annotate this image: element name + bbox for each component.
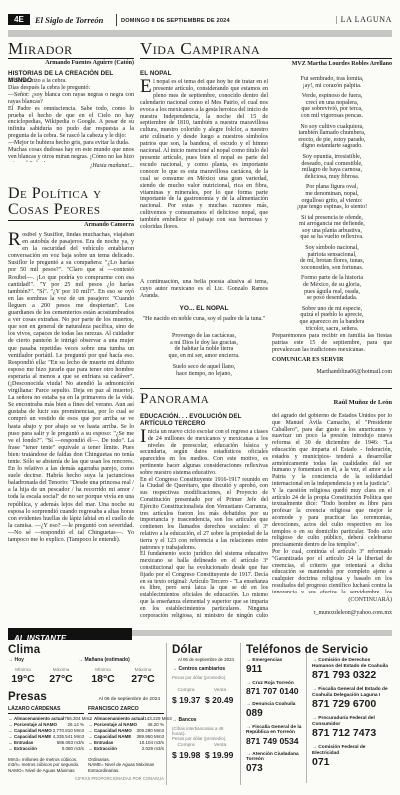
politica-body: Rosibel y Susiflor, lindas muchachas, vi… xyxy=(8,232,134,620)
clima-today-label: →Hoy xyxy=(8,658,24,664)
panorama-rule xyxy=(140,388,392,389)
dam-row-label: Entradas xyxy=(94,740,113,745)
buy-label: Compra xyxy=(172,743,200,748)
dam-row-value: 0.080 m3/s xyxy=(62,746,84,752)
dolar-date: Al 06 de septiembre de 2024 xyxy=(172,657,234,662)
panorama-subtitle: EDUCACIÓN. . . EVOLUCIÓN DEL ARTÍCULO TE… xyxy=(140,413,268,427)
today-min-value: 19°C xyxy=(6,673,40,685)
phone-label-text: Atención Ciudadana Torreón xyxy=(246,752,299,763)
politica-title-line2: Cosas Peores xyxy=(8,201,101,218)
arrow-icon: → xyxy=(246,725,251,730)
phone-label-text: Procuraduría Federal del Consumidor xyxy=(312,716,375,727)
mirador-body: El Señor hizo a la cebra. Días después l… xyxy=(8,78,134,162)
telefonos-title: Teléfonos de Servicio xyxy=(246,644,392,656)
arrow-icon: → xyxy=(172,666,177,672)
temp-tomorrow-min: Mínima 18°C xyxy=(86,668,120,685)
dolar-title: Dólar xyxy=(172,644,202,656)
dolar-group2-buy: $ 19.98 xyxy=(172,750,200,760)
campirana-poem-intro: A continuación, una bella poesía alusiva… xyxy=(140,279,268,301)
divider xyxy=(306,648,307,783)
tomorrow-label: Mañana (estimado) xyxy=(85,657,130,663)
presas-notes-right: Ordinarias. NAME= Nivel de Aguas Máximas… xyxy=(88,757,164,773)
dolar-group2-sell: $ 19.99 xyxy=(205,750,233,760)
poem-epigraph: "He nacido en noble cuna, soy el padre d… xyxy=(140,316,268,323)
phone-label-text: Fiscalía General del Estado de Coahuila … xyxy=(312,687,388,698)
campirana-subtitle: EL NOPAL xyxy=(140,70,268,77)
poem-stanza: Verde, espinoso de fuera, crecí en una n… xyxy=(272,93,392,119)
phone-label: →Fiscalía General del Estado de Coahuila… xyxy=(312,687,392,698)
dam-row: →Extracción2.029 m3/s xyxy=(88,746,164,752)
poem-stanza: Provengo de las cactáceas, a mí Dios le … xyxy=(140,333,268,359)
masthead-gray-bar xyxy=(8,30,392,37)
arrow-icon: → xyxy=(8,722,13,727)
dolar-group1-name: →Centros cambiarios xyxy=(172,667,234,673)
telefonos-right-column: →Comisión de Derechos Humanos del Estado… xyxy=(312,658,392,774)
arrow-icon: → xyxy=(88,740,93,745)
dolar-group1-sell: $ 20.49 xyxy=(205,695,233,705)
politica-title-line1: De Política y xyxy=(8,185,102,202)
panorama-title: Panorama xyxy=(140,392,209,407)
phone-number: 089 xyxy=(246,708,302,719)
edition-date: DOMINGO 8 DE SEPTIEMBRE DE 2024 xyxy=(121,18,230,24)
campirana-motto: COMUNICAR ES SERVIR xyxy=(272,357,392,363)
temp-tomorrow-max: Máxima 27°C xyxy=(126,668,160,685)
dolar-group1-buy: $ 19.37 xyxy=(172,695,200,705)
arrow-icon: → xyxy=(172,717,177,723)
dam-row-label: Capacidad NAMO xyxy=(94,728,132,733)
temp-today-max: Máxima 27°C xyxy=(44,668,78,685)
poem-stanza: Suelo seco de aquel llano, hace tiempo, … xyxy=(140,364,268,377)
phone-number: 073 xyxy=(246,763,302,774)
clima-tomorrow-label: →Mañana (estimado) xyxy=(78,658,130,664)
panorama-col2: del agrado del gobierno de Estados Unido… xyxy=(272,413,392,593)
dam-row-label: Extracción xyxy=(94,746,117,751)
panorama-col1: Inicia un nuevo ciclo escolar con el reg… xyxy=(140,429,268,619)
al-instante-bar: AL INSTANTE xyxy=(8,628,132,640)
sell-label: Venta xyxy=(205,688,235,693)
arrow-icon: → xyxy=(8,734,13,739)
poem-stanza: Sobre uno de mi especie, quizá el pueblo… xyxy=(272,306,392,332)
campirana-rule xyxy=(140,58,392,59)
today-max-value: 27°C xyxy=(44,673,78,685)
poem-stanza: Soy opuntia, irresistible, deseado, cual… xyxy=(272,154,392,180)
politica-title: De Política y Cosas Peores xyxy=(8,186,102,218)
dam-row-label: Almacenamiento actual xyxy=(94,716,144,721)
arrow-icon: → xyxy=(312,745,317,750)
dam-row-value: 2.029 m3/s xyxy=(142,746,164,752)
campirana-email: Marthamblina06@hotmail.com xyxy=(272,369,392,375)
clima-title: Clima xyxy=(8,644,40,656)
poem-stanza: No soy cultivo cualquiera, también llama… xyxy=(272,124,392,150)
arrow-icon: → xyxy=(246,752,251,757)
phone-number: 871 707 0140 xyxy=(246,686,302,696)
poem-stanza: Formo parte de la historia de México, de… xyxy=(272,275,392,301)
phone-entry: →Atención Ciudadana Torreón 073 xyxy=(246,752,302,774)
dolar-group1-note: Pesos por dólar (promedio). xyxy=(172,675,234,680)
phone-label-text: Fiscalía General de la República en Torr… xyxy=(246,725,301,736)
arrow-icon: → xyxy=(8,746,13,751)
arrow-icon: → xyxy=(8,716,13,721)
today-label: Hoy xyxy=(15,657,24,663)
campirana-title: Vida Campirana xyxy=(140,40,260,57)
phone-label-text: Comisión de Derechos Humanos del Estado … xyxy=(312,658,388,669)
dam-row-label: Porcentaje al NAMO xyxy=(94,722,137,727)
arrow-icon: → xyxy=(312,716,317,721)
dam-table-francisco-zarco: FRANCISCO ZARCO →Almacenamiento actual14… xyxy=(88,706,164,753)
mirador-closing: ¡Hasta mañana!... xyxy=(8,163,134,169)
arrow-icon: → xyxy=(8,728,13,733)
arrow-icon: → xyxy=(246,681,251,686)
politica-rule xyxy=(8,220,134,221)
phone-label: →Comisión de Derechos Humanos del Estado… xyxy=(312,658,392,669)
page-number-badge: 4E xyxy=(8,14,30,25)
presas-title: Presas xyxy=(8,691,47,703)
arrow-icon: → xyxy=(8,657,13,663)
dam-row-label: Extracción xyxy=(14,746,37,751)
poem-column: Fui sembrado, tras lomita, ¡ay!, mi cora… xyxy=(272,76,392,332)
phone-label: →Fiscalía General de la República en Tor… xyxy=(246,725,302,736)
dam-row: →Extracción0.080 m3/s xyxy=(8,746,84,752)
dam-table-lazaro-cardenas: LÁZARO CÁRDENAS →Almacenamiento actual75… xyxy=(8,706,84,753)
telefonos-left-column: →Emergencias 911 →Cruz Roja Torreón 871 … xyxy=(246,658,302,780)
phone-entry: →Emergencias 911 xyxy=(246,658,302,675)
phone-label-text: Emergencias xyxy=(252,658,282,663)
phone-number: 911 xyxy=(246,664,302,675)
page-number: 4E xyxy=(14,15,24,24)
dam-name: LÁZARO CÁRDENAS xyxy=(8,706,84,714)
newspaper-page: 4E El Siglo de Torreón DOMINGO 8 DE SEPT… xyxy=(0,0,400,795)
poem-stanza: Si tal presencia te ofende, mi arroganci… xyxy=(272,215,392,241)
arrow-icon: → xyxy=(88,746,93,751)
presas-date: Al 06 de septiembre de 2024 xyxy=(60,697,160,702)
arrow-icon: → xyxy=(8,740,13,745)
campirana-body: El nopal es el tema del que hoy he de tr… xyxy=(140,79,268,275)
phone-entry: →Fiscalía General de la República en Tor… xyxy=(246,725,302,746)
arrow-icon: → xyxy=(78,657,83,663)
panorama-email: r_munozdeleon@yahoo.com.mx xyxy=(272,610,392,616)
phone-entry: →Comisión de Derechos Humanos del Estado… xyxy=(312,658,392,681)
panorama-byline: Raúl Muñoz de León xyxy=(272,399,392,406)
presas-source: CIFRAS PROPORCIONADAS POR CONAGUA xyxy=(8,776,164,781)
divider xyxy=(166,643,167,785)
dolar-group2-note: (Cifras interbancarias a 48 horas). Peso… xyxy=(172,726,234,742)
phone-number: 071 xyxy=(312,756,392,768)
tomorrow-min-value: 18°C xyxy=(86,673,120,685)
dolar-group2-name: →Bancos xyxy=(172,718,234,724)
newspaper-logo: El Siglo de Torreón xyxy=(35,15,103,25)
dam-row-label: Porcentaje al NAMO xyxy=(14,722,57,727)
arrow-icon: → xyxy=(246,702,251,707)
exchange-group-label: Centros cambiarios xyxy=(179,666,226,672)
phone-label-text: Cruz Roja Torreón xyxy=(252,681,294,686)
phone-number: 871 712 7473 xyxy=(312,727,392,739)
dam-row-label: Entradas xyxy=(14,740,33,745)
politica-byline: Armando Camorra xyxy=(8,222,134,228)
dam-row-label: Almacenamiento actual xyxy=(14,716,64,721)
presas-notes-left: Mm3= millones de metros cúbicos. m3/s= m… xyxy=(8,757,84,773)
campirana-byline: MVZ Martha Lourdes Robles Arellano xyxy=(272,61,392,67)
arrow-icon: → xyxy=(88,722,93,727)
sell-label: Venta xyxy=(205,743,235,748)
poem-stanza: Fui sembrado, tras lomita, ¡ay!, mi cora… xyxy=(272,76,392,89)
arrow-icon: → xyxy=(246,658,251,663)
campirana-closing: Preparémonos para recibir en familia las… xyxy=(272,333,392,354)
dam-row-label: Capacidad NAMO xyxy=(14,728,52,733)
phone-entry: →Procuraduría Federal del Consumidor 871… xyxy=(312,716,392,739)
phone-entry: →Fiscalía General del Estado de Coahuila… xyxy=(312,687,392,710)
arrow-icon: → xyxy=(88,734,93,739)
phone-number: 871 793 0322 xyxy=(312,669,392,681)
dam-row-label: Capacidad NAME xyxy=(14,734,51,739)
temp-today-min: Mínima 19°C xyxy=(6,668,40,685)
phone-label-text: Comisión Federal de Electricidad xyxy=(312,745,365,756)
phone-label: →Atención Ciudadana Torreón xyxy=(246,752,302,763)
buy-label: Compra xyxy=(172,688,200,693)
poem-stanza: Soy símbolo nacional, patriota sensacion… xyxy=(272,245,392,271)
phone-label-text: Denuncia Coahuila xyxy=(252,702,295,707)
mirador-byline: Armando Fuentes Aguirre (Catón) xyxy=(8,60,134,66)
arrow-icon: → xyxy=(312,658,317,663)
arrow-icon: → xyxy=(312,687,317,692)
phone-number: 871 729 6700 xyxy=(312,698,392,710)
phone-number: 871 749 0534 xyxy=(246,736,302,746)
dam-name: FRANCISCO ZARCO xyxy=(88,706,164,714)
exchange-group-label: Bancos xyxy=(179,717,197,723)
mirador-title: Mirador xyxy=(8,40,73,57)
phone-entry: →Cruz Roja Torreón 871 707 0140 xyxy=(246,681,302,697)
tomorrow-max-value: 27°C xyxy=(126,673,160,685)
arrow-icon: → xyxy=(88,716,93,721)
poem-stanza: Por plana figura oval, me denominan, nop… xyxy=(272,184,392,210)
phone-entry: →Comisión Federal de Electricidad 071 xyxy=(312,745,392,768)
masthead-divider xyxy=(116,14,117,26)
arrow-icon: → xyxy=(88,728,93,733)
section-name: | LA LAGUNA xyxy=(336,15,392,24)
poem-title: YO... EL NOPAL xyxy=(140,305,268,312)
phone-label: →Denuncia Coahuila xyxy=(246,702,302,708)
phone-label: →Comisión Federal de Electricidad xyxy=(312,745,392,756)
phone-label: →Procuraduría Federal del Consumidor xyxy=(312,716,392,727)
divider xyxy=(240,643,241,785)
mirador-rule xyxy=(8,58,134,59)
al-instante-gray-bar xyxy=(132,630,392,636)
dam-row-label: Capacidad NAME xyxy=(94,734,131,739)
panorama-continuara: (CONTINUARÁ) xyxy=(272,597,392,603)
phone-entry: →Denuncia Coahuila 089 xyxy=(246,702,302,719)
